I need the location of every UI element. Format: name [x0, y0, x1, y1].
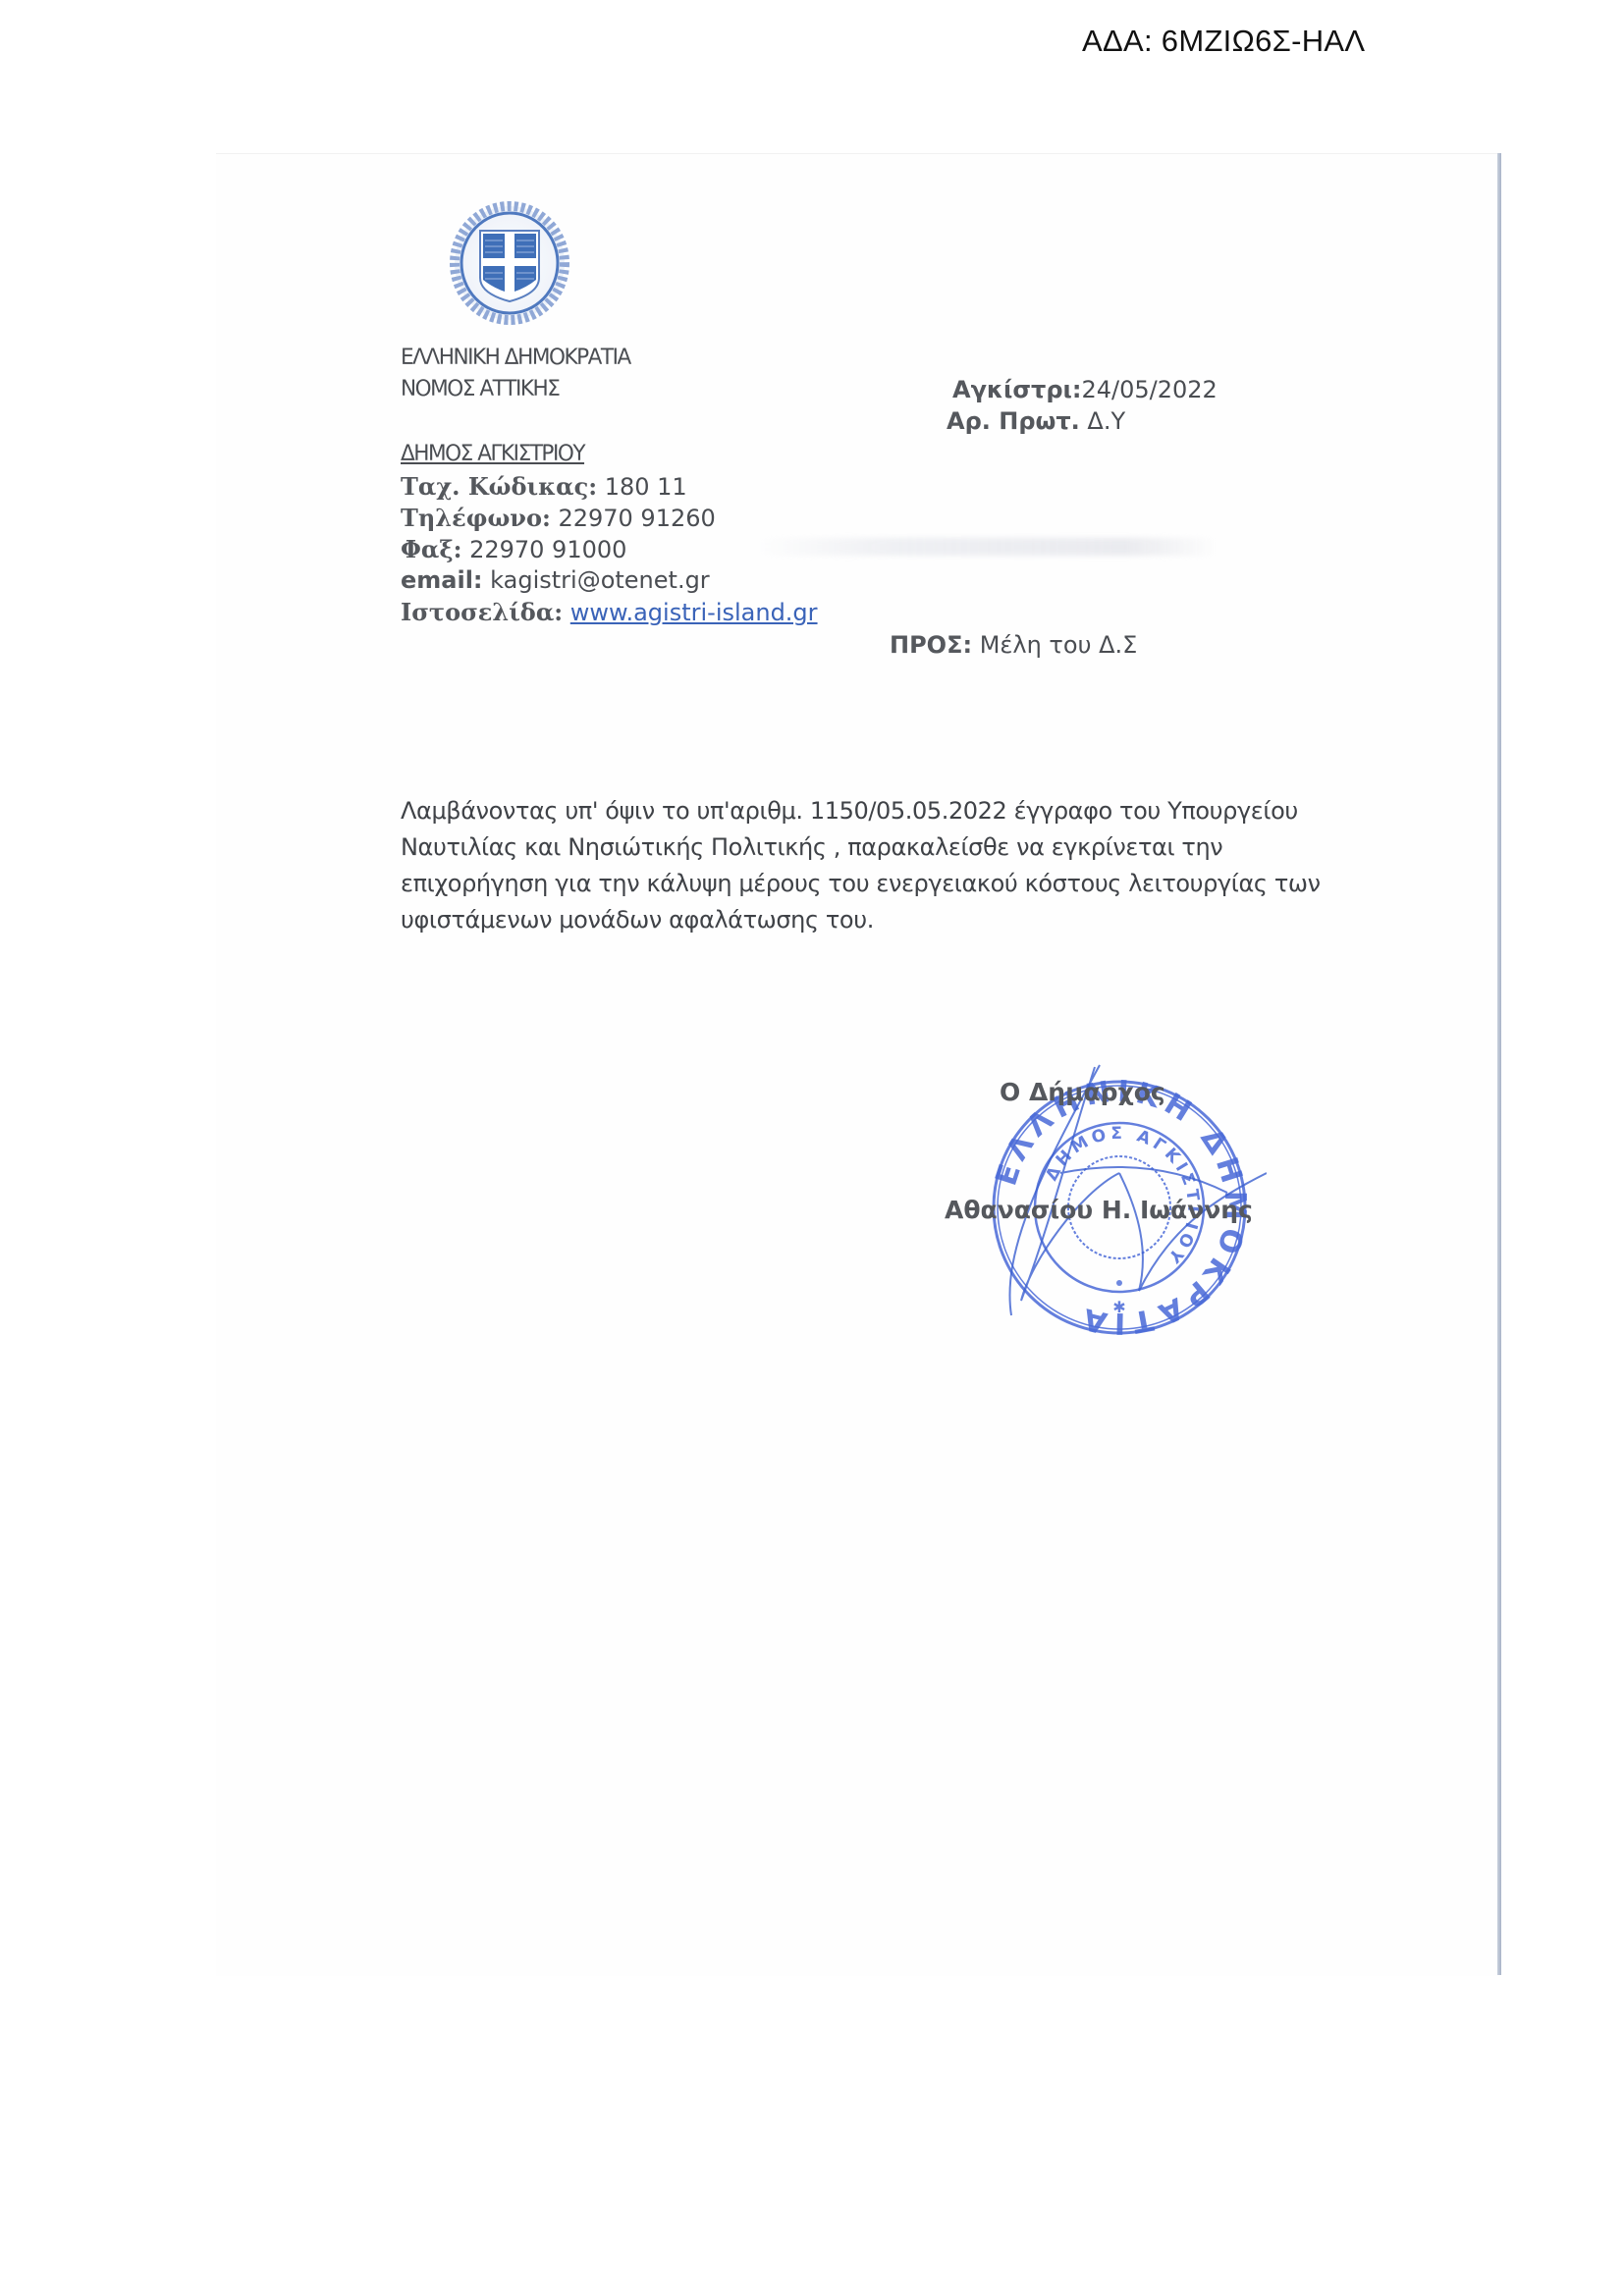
svg-text:✱: ✱	[1112, 1298, 1125, 1316]
fax-value: 22970 91000	[461, 536, 626, 563]
ada-identifier: ΑΔΑ: 6ΜΖΙΩ6Σ-ΗΑΛ	[1082, 24, 1365, 59]
postal-code-label: Ταχ. Κώδικας:	[401, 472, 597, 501]
website-label: Ιστοσελίδα:	[401, 598, 563, 626]
website-line: Ιστοσελίδα: www.agistri-island.gr	[401, 598, 818, 626]
municipality-name: ΔΗΜΟΣ ΑΓΚΙΣΤΡΙΟΥ	[401, 442, 584, 466]
body-line: επιχορήγηση για την κάλυψη μέρους του εν…	[401, 866, 1284, 902]
protocol-value: Δ.Υ	[1080, 407, 1125, 435]
fax-label: Φαξ:	[401, 535, 461, 563]
website-link[interactable]: www.agistri-island.gr	[570, 599, 818, 626]
scan-smudge	[756, 538, 1218, 556]
signatory-title: Ο Δήμαρχος	[1000, 1078, 1165, 1106]
fax-line: Φαξ: 22970 91000	[401, 535, 626, 563]
scanned-page	[216, 153, 1500, 1976]
phone-label: Τηλέφωνο:	[401, 504, 551, 532]
greek-coat-of-arms-icon	[450, 201, 569, 325]
body-line: υφιστάμενων μονάδων αφαλάτωσης του.	[401, 902, 1284, 938]
protocol-label: Αρ. Πρωτ.	[947, 407, 1080, 435]
phone-line: Τηλέφωνο: 22970 91260	[401, 504, 716, 532]
scan-page-edge	[1497, 153, 1501, 1975]
phone-value: 22970 91260	[551, 505, 716, 532]
email-label: email:	[401, 566, 483, 594]
prefecture-name: ΝΟΜΟΣ ΑΤΤΙΚΗΣ	[401, 377, 559, 401]
recipient-line: ΠΡΟΣ: Μέλη του Δ.Σ	[890, 631, 1137, 659]
signatory-name: Αθανασίου Η. Ιωάννης	[945, 1196, 1253, 1224]
postal-code-value: 180 11	[597, 473, 687, 501]
date-value: 24/05/2022	[1081, 376, 1217, 403]
date-line: Αγκίστρι:24/05/2022	[952, 376, 1218, 403]
letter-body: Λαμβάνοντας υπ' όψιν το υπ'αριθμ. 1150/0…	[401, 793, 1284, 938]
place-label: Αγκίστρι:	[952, 376, 1081, 403]
country-name: ΕΛΛΗΝΙΚΗ ΔΗΜΟΚΡΑΤΙΑ	[401, 346, 630, 370]
recipient-value: Μέλη του Δ.Σ	[972, 631, 1137, 659]
email-line: email: kagistri@otenet.gr	[401, 566, 710, 594]
postal-code-line: Ταχ. Κώδικας: 180 11	[401, 472, 687, 501]
body-line: Ναυτιλίας και Νησιώτικής Πολιτικής , παρ…	[401, 829, 1284, 866]
protocol-line: Αρ. Πρωτ. Δ.Υ	[947, 407, 1125, 435]
email-value: kagistri@otenet.gr	[483, 566, 710, 594]
recipient-label: ΠΡΟΣ:	[890, 631, 972, 659]
body-line: Λαμβάνοντας υπ' όψιν το υπ'αριθμ. 1150/0…	[401, 793, 1284, 829]
